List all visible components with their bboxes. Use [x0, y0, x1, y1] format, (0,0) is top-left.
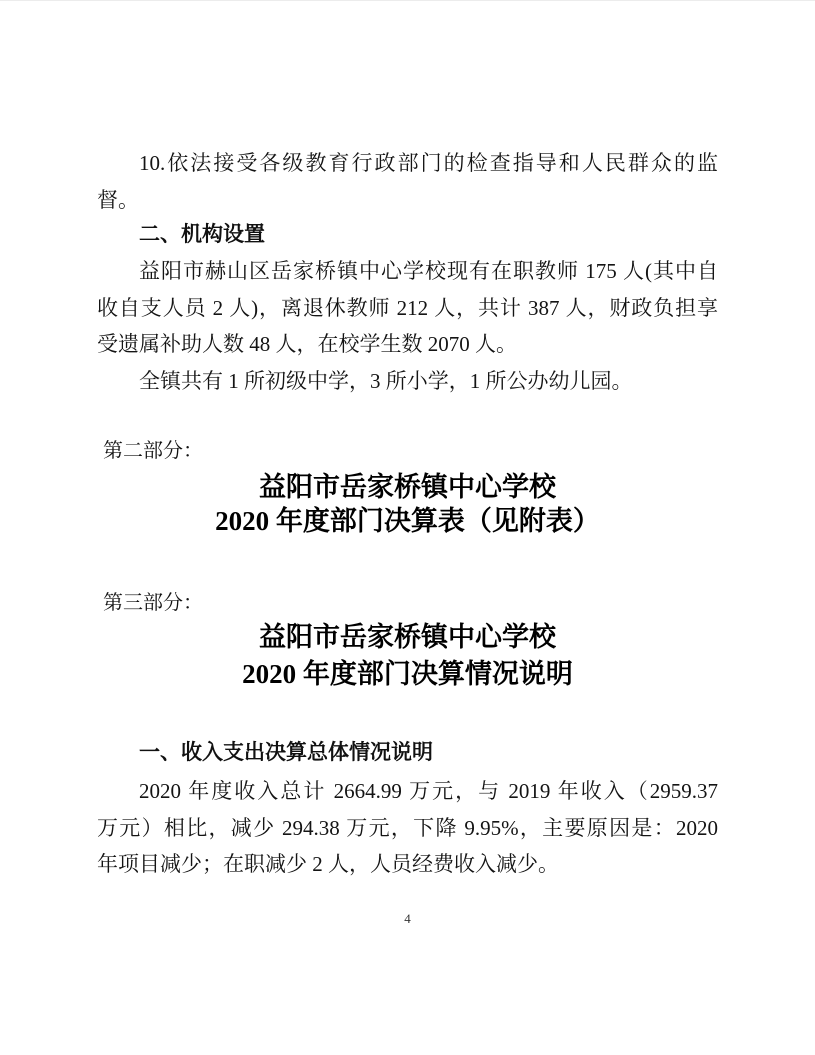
paragraph-supervision-line: 督。	[97, 182, 718, 219]
part2-title-line2: 2020 年度部门决算表（见附表）	[97, 505, 718, 537]
paragraph-income-line: 万元）相比，减少 294.38 万元，下降 9.95%，主要原因是：2020	[97, 810, 718, 847]
part3-title-line1: 益阳市岳家桥镇中心学校	[97, 621, 718, 653]
document-page: 10.依法接受各级教育行政部门的检查指导和人民群众的监 督。 二、机构设置 益阳…	[0, 0, 815, 1055]
heading-income-expense-overview: 一、收入支出决算总体情况说明	[97, 741, 718, 765]
paragraph-income-line: 年项目减少；在职减少 2 人，人员经费收入减少。	[97, 846, 718, 883]
part3-label: 第三部分：	[103, 591, 203, 615]
part3-title-line2: 2020 年度部门决算情况说明	[97, 658, 718, 690]
paragraph-income-summary: 2020 年度收入总计 2664.99 万元，与 2019 年收入（2959.3…	[97, 773, 718, 883]
page-number: 4	[0, 911, 815, 927]
paragraph-schools: 全镇共有 1 所初级中学，3 所小学，1 所公办幼儿园。	[97, 363, 718, 400]
part2-title-line1: 益阳市岳家桥镇中心学校	[97, 471, 718, 503]
paragraph-staff-line: 收自支人员 2 人)，离退休教师 212 人，共计 387 人，财政负担享	[97, 290, 718, 327]
paragraph-staff-line: 益阳市赫山区岳家桥镇中心学校现有在职教师 175 人(其中自	[97, 253, 718, 290]
paragraph-supervision-line: 10.依法接受各级教育行政部门的检查指导和人民群众的监	[97, 145, 718, 182]
paragraph-supervision: 10.依法接受各级教育行政部门的检查指导和人民群众的监 督。	[97, 145, 718, 218]
paragraph-staff-line: 受遗属补助人数 48 人，在校学生数 2070 人。	[97, 326, 718, 363]
heading-org-setup: 二、机构设置	[97, 223, 718, 247]
paragraph-income-line: 2020 年度收入总计 2664.99 万元，与 2019 年收入（2959.3…	[97, 773, 718, 810]
paragraph-staff-numbers: 益阳市赫山区岳家桥镇中心学校现有在职教师 175 人(其中自 收自支人员 2 人…	[97, 253, 718, 363]
paragraph-schools-line: 全镇共有 1 所初级中学，3 所小学，1 所公办幼儿园。	[97, 363, 718, 400]
part2-label: 第二部分：	[103, 439, 203, 463]
